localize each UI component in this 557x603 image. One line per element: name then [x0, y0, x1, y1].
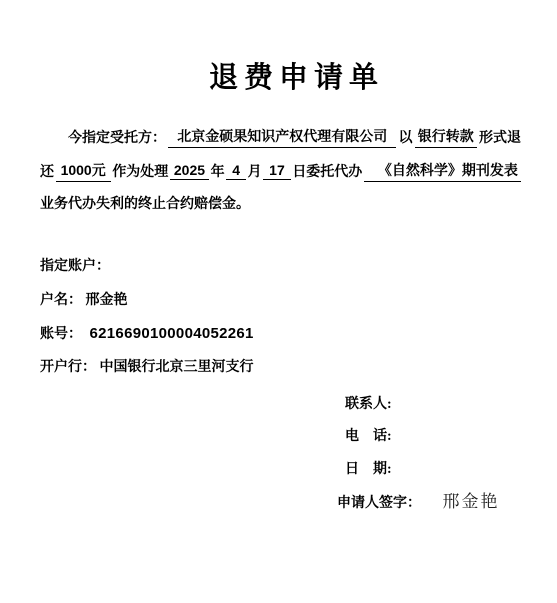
- trustee-company-field: 北京金硕果知识产权代理有限公司: [168, 126, 396, 148]
- signature-label: 申请人签字：: [337, 496, 421, 511]
- signature-row: 申请人签字： 邢金艳: [337, 486, 500, 518]
- holder-name-label: 户名：: [40, 293, 82, 308]
- body-paragraph: 今指定受托方： 北京金硕果知识产权代理有限公司 以 银行转款 形式退 还 100…: [40, 120, 521, 222]
- method-conjunction-text: 以: [399, 127, 413, 147]
- year-unit-text: 年: [211, 161, 225, 181]
- bank-row: 开户行： 中国银行北京三里河支行: [40, 351, 254, 385]
- signature-section: 联系人: 电 话: 日 期: 申请人签字： 邢金艳: [337, 389, 500, 518]
- body-line-1: 今指定受托方： 北京金硕果知识产权代理有限公司 以 银行转款 形式退: [40, 120, 521, 154]
- date-label: 日 期:: [337, 462, 392, 477]
- account-heading: 指定账户：: [40, 250, 254, 284]
- form-title: 退费申请单: [18, 61, 557, 95]
- refund-application-form: 退费申请单 今指定受托方： 北京金硕果知识产权代理有限公司 以 银行转款 形式退…: [0, 0, 557, 603]
- phone-row: 电 话:: [337, 421, 500, 453]
- day-field: 17: [263, 162, 291, 180]
- bank-label: 开户行：: [40, 360, 96, 375]
- year-field: 2025: [170, 162, 209, 180]
- contact-label: 联系人:: [337, 397, 392, 412]
- month-field: 4: [226, 162, 246, 180]
- phone-label: 电 话:: [337, 429, 392, 444]
- account-number-value: 6216690100004052261: [90, 325, 254, 342]
- bank-value: 中国银行北京三里河支行: [100, 360, 254, 375]
- date-row: 日 期:: [337, 454, 500, 486]
- refund-amount-field: 1000元: [56, 160, 111, 182]
- account-heading-label: 指定账户：: [40, 259, 110, 274]
- closing-text: 业务代办失利的终止合约赔偿金。: [40, 197, 250, 212]
- refund-form-text: 形式退: [479, 127, 521, 147]
- account-number-row: 账号： 6216690100004052261: [40, 317, 254, 351]
- journal-title-field: 《自然科学》期刊发表: [364, 160, 521, 182]
- account-number-label: 账号：: [40, 327, 82, 342]
- applicant-signature: 邢金艳: [443, 492, 500, 511]
- body-line-3: 业务代办失利的终止合约赔偿金。: [40, 188, 521, 222]
- holder-name-value: 邢金艳: [86, 293, 128, 308]
- payment-method-field: 银行转款: [415, 126, 477, 148]
- contact-row: 联系人:: [337, 389, 500, 421]
- entrust-text: 日委托代办: [292, 161, 362, 181]
- refund-verb-text: 还: [40, 161, 54, 181]
- process-text: 作为处理: [112, 161, 168, 181]
- body-line-2: 还 1000元 作为处理 2025 年 4 月 17 日委托代办 《自然科学》期…: [40, 154, 521, 188]
- account-holder-row: 户名： 邢金艳: [40, 284, 254, 318]
- account-section: 指定账户： 户名： 邢金艳 账号： 6216690100004052261 开户…: [40, 250, 254, 384]
- month-unit-text: 月: [248, 161, 262, 181]
- trustee-label: 今指定受托方：: [40, 127, 166, 147]
